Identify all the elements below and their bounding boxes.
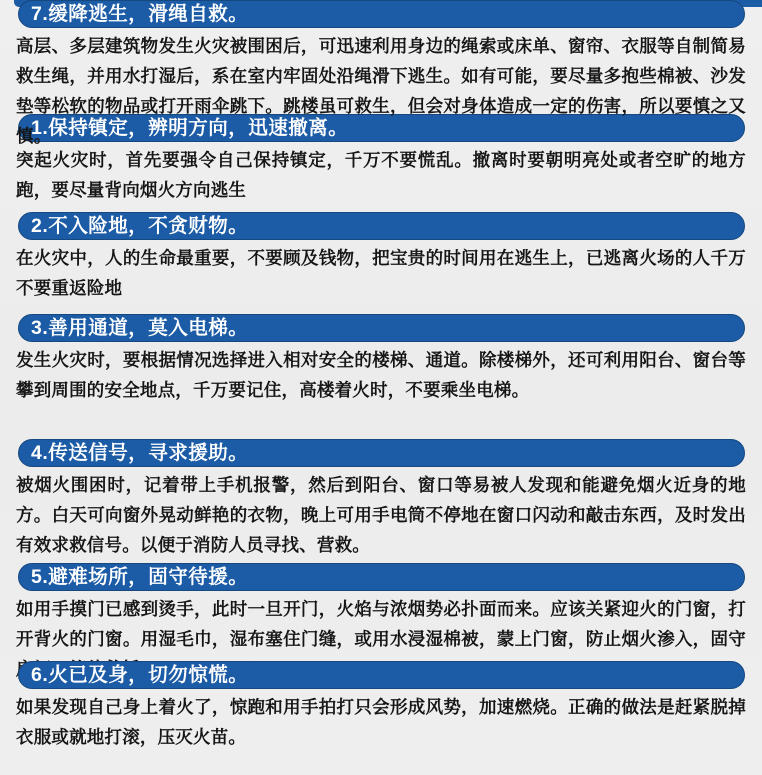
section-body: 被烟火围困时，记着带上手机报警，然后到阳台、窗口等易被人发现和能避免烟火近身的地… — [16, 470, 746, 560]
section-header: 4.传送信号，寻求援助。 — [18, 439, 745, 467]
section-header: 5.避难场所，固守待援。 — [18, 563, 745, 591]
section-use-passages: 3.善用通道，莫入电梯。 发生火灾时，要根据情况选择进入相对安全的楼梯、通道。除… — [0, 314, 762, 405]
section-rope-escape: 7.缓降逃生，滑绳自救。 高层、多层建筑物发生火灾被围困后，可迅速利用身边的绳索… — [0, 0, 762, 151]
section-header: 7.缓降逃生，滑绳自救。 — [18, 0, 745, 28]
section-header: 6.火已及身，切勿惊慌。 — [18, 661, 745, 689]
section-header: 3.善用通道，莫入电梯。 — [18, 314, 745, 342]
section-body: 在火灾中，人的生命最重要，不要顾及钱物，把宝贵的时间用在逃生上，已逃离火场的人千… — [16, 243, 746, 303]
section-body: 突起火灾时，首先要强令自己保持镇定，千万不要慌乱。撤离时要朝明亮处或者空旷的地方… — [16, 145, 746, 205]
section-body: 发生火灾时，要根据情况选择进入相对安全的楼梯、通道。除楼梯外，还可利用阳台、窗台… — [16, 345, 746, 405]
fire-safety-document: 1.保持镇定，辨明方向，迅速撤离。 突起火灾时，首先要强令自己保持镇定，千万不要… — [0, 0, 762, 775]
section-avoid-danger: 2.不入险地，不贪财物。 在火灾中，人的生命最重要，不要顾及钱物，把宝贵的时间用… — [0, 212, 762, 303]
section-fire-on-body: 6.火已及身，切勿惊慌。 如果发现自己身上着火了，惊跑和用手拍打只会形成风势，加… — [0, 661, 762, 752]
section-send-signal: 4.传送信号，寻求援助。 被烟火围困时，记着带上手机报警，然后到阳台、窗口等易被… — [0, 439, 762, 560]
section-header: 2.不入险地，不贪财物。 — [18, 212, 745, 240]
section-body: 如果发现自己身上着火了，惊跑和用手拍打只会形成风势，加速燃烧。正确的做法是赶紧脱… — [16, 692, 746, 752]
section-body: 高层、多层建筑物发生火灾被围困后，可迅速利用身边的绳索或床单、窗帘、衣服等自制简… — [16, 31, 746, 151]
